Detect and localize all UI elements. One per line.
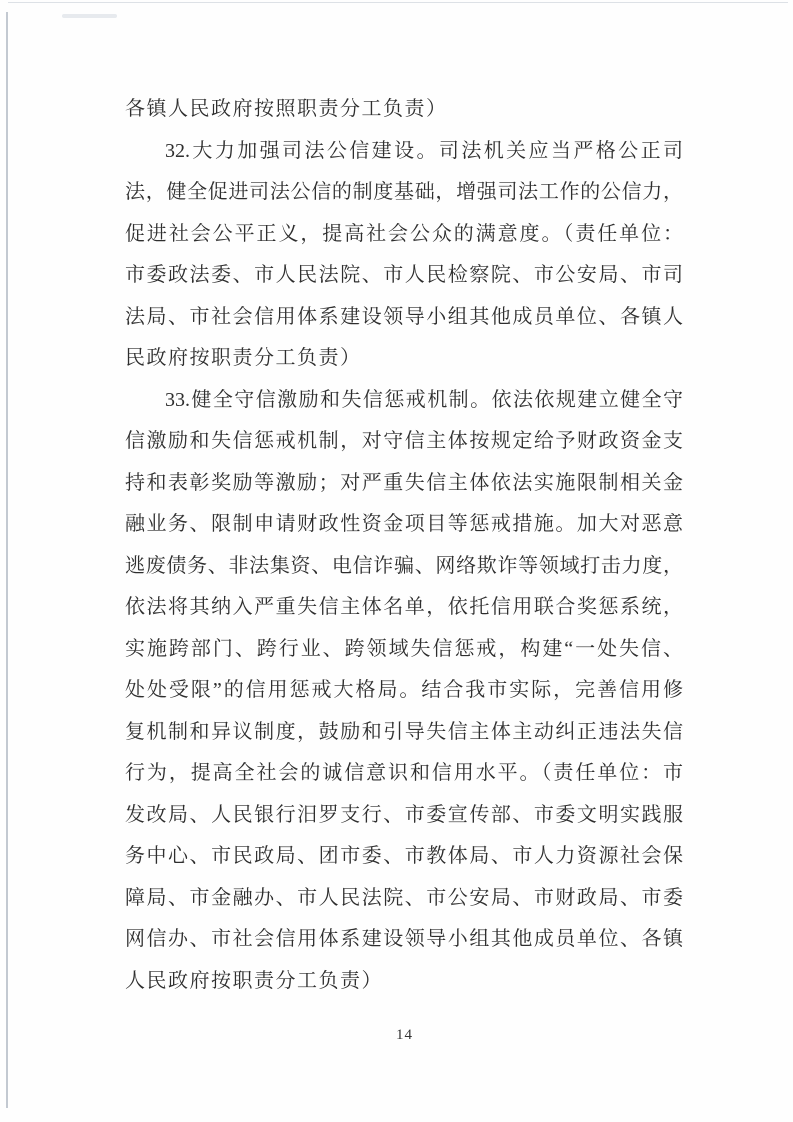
text-line: 务中心、市民政局、团市委、市教体局、市人力资源社会保	[125, 836, 683, 878]
text-line: 障局、市金融办、市人民法院、市公安局、市财政局、市委	[125, 878, 683, 920]
text-line: 处处受限”的信用惩戒大格局。结合我市实际，完善信用修	[125, 670, 683, 712]
text-line: 逃废债务、非法集资、电信诈骗、网络欺诈等领域打击力度，	[125, 546, 683, 588]
scan-top-edge-line	[8, 2, 788, 3]
text-line: 法，健全促进司法公信的制度基础，增强司法工作的公信力，	[125, 172, 683, 214]
text-line-item-32-start: 32.大力加强司法公信建设。司法机关应当严格公正司	[125, 131, 683, 173]
scan-smudge-mark	[62, 14, 117, 18]
text-line-item-33-start: 33.健全守信激励和失信惩戒机制。依法依规建立健全守	[125, 380, 683, 422]
text-line: 市委政法委、市人民法院、市人民检察院、市公安局、市司	[125, 255, 683, 297]
text-line: 持和表彰奖励等激励；对严重失信主体依法实施限制相关金	[125, 463, 683, 505]
text-line: 促进社会公平正义，提高社会公众的满意度。（责任单位：	[125, 214, 683, 256]
text-line: 人民政府按职责分工负责）	[125, 961, 683, 1003]
document-text-block: 各镇人民政府按照职责分工负责） 32.大力加强司法公信建设。司法机关应当严格公正…	[125, 89, 683, 1002]
text-line: 网信办、市社会信用体系建设领导小组其他成员单位、各镇	[125, 919, 683, 961]
text-line: 依法将其纳入严重失信主体名单，依托信用联合奖惩系统，	[125, 587, 683, 629]
text-line: 复机制和异议制度，鼓励和引导失信主体主动纠正违法失信	[125, 712, 683, 754]
text-line: 信激励和失信惩戒机制，对守信主体按规定给予财政资金支	[125, 421, 683, 463]
page-number: 14	[8, 1027, 793, 1044]
text-line: 实施跨部门、跨行业、跨领域失信惩戒，构建“一处失信、	[125, 629, 683, 671]
text-line: 发改局、人民银行汨罗支行、市委宣传部、市委文明实践服	[125, 795, 683, 837]
text-line: 融业务、限制申请财政性资金项目等惩戒措施。加大对恶意	[125, 504, 683, 546]
text-line: 民政府按职责分工负责）	[125, 338, 683, 380]
scan-left-edge-line	[6, 12, 8, 1108]
document-page: 各镇人民政府按照职责分工负责） 32.大力加强司法公信建设。司法机关应当严格公正…	[0, 0, 793, 1122]
text-line: 行为，提高全社会的诚信意识和信用水平。（责任单位：市	[125, 753, 683, 795]
text-line: 各镇人民政府按照职责分工负责）	[125, 89, 683, 131]
text-line: 法局、市社会信用体系建设领导小组其他成员单位、各镇人	[125, 297, 683, 339]
